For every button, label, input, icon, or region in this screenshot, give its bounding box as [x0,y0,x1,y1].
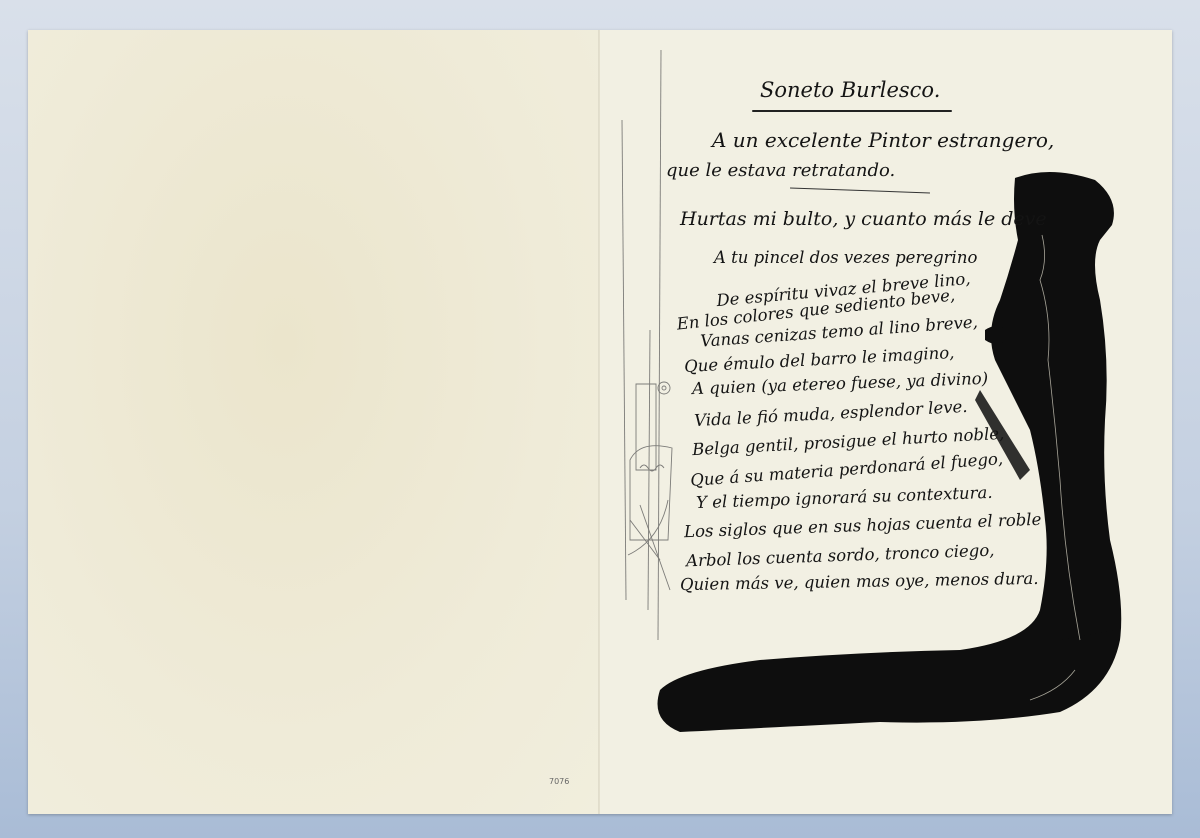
poem-line: Los siglos que en sus hojas cuenta el ro… [684,510,1042,541]
poem-line: Vida le fió muda, esplendor leve. [694,397,968,430]
sonnet-manuscript: Soneto Burlesco. A un excelente Pintor e… [0,0,1200,838]
poem-title: Soneto Burlesco. [760,78,940,102]
poem-line: A tu pincel dos vezes peregrino [714,248,977,267]
title-underline [752,110,952,112]
poem-line: Quien más ve, quien mas oye, menos dura. [680,569,1039,594]
dedication-line: que le estava retratando. [666,160,895,181]
dedication-rule [790,188,930,194]
poem-line: Hurtas mi bulto, y cuanto más le deve [680,208,1047,230]
dedication-line: A un excelente Pintor estrangero, [712,128,1054,152]
poem-line: Y el tiempo ignorará su contextura. [696,483,993,512]
poem-line: Arbol los cuenta sordo, tronco ciego, [686,541,995,571]
